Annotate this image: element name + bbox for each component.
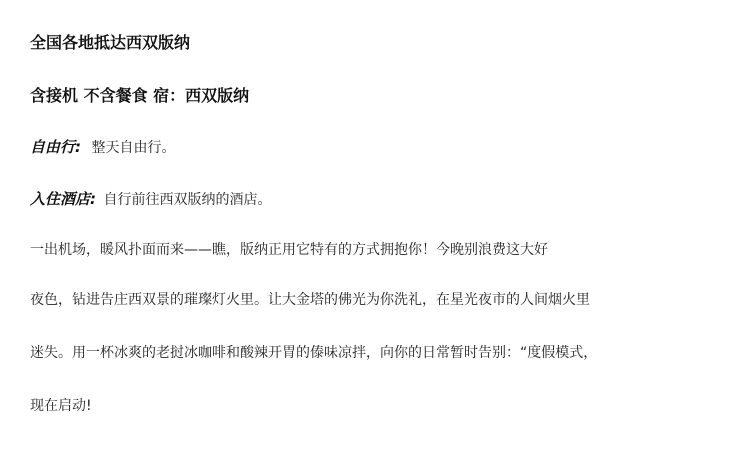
cutoff-text-fragment (24, 0, 324, 4)
description-line-1: 一出机场，暖风扑面而来——瞧，版纳正用它特有的方式拥抱你！今晚别浪费这大好 (30, 240, 548, 260)
hotel-label: 入住酒店: (30, 190, 96, 208)
hotel-row: 入住酒店: 自行前往西双版纳的酒店。 (30, 189, 271, 210)
description-line-2: 夜色，钻进告庄西双景的璀璨灯火里。让大金塔的佛光为你洗礼，在星光夜市的人间烟火里 (30, 290, 590, 310)
free-time-label: 自由行: (30, 138, 81, 156)
description-line-4: 现在启动! (30, 396, 92, 416)
description-line-3: 迷失。用一杯冰爽的老挝冰咖啡和酸辣开胃的傣味凉拌，向你的日常暂时告别：“度假模式… (30, 343, 597, 363)
hotel-value: 自行前往西双版纳的酒店。 (103, 192, 271, 208)
free-time-value: 整天自由行。 (91, 140, 175, 156)
inclusions-heading: 含接机 不含餐食 宿：西双版纳 (30, 86, 249, 106)
arrival-heading: 全国各地抵达西双版纳 (30, 33, 190, 53)
free-time-row: 自由行: 整天自由行。 (30, 137, 175, 158)
